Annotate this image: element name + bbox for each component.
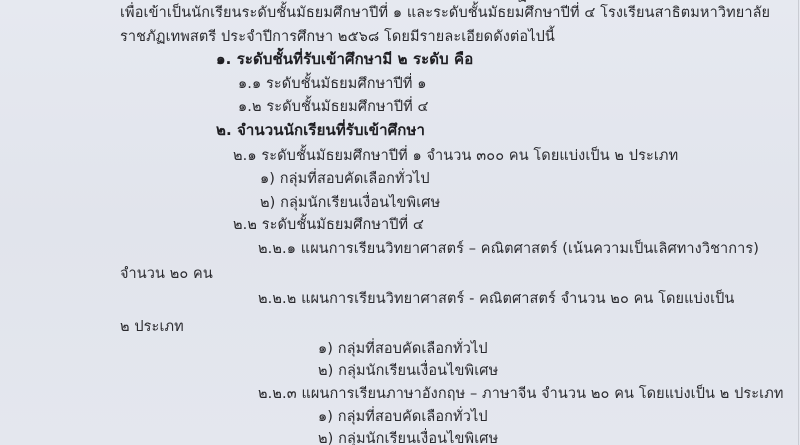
section-2-2-2: ๒.๒.๒ แผนการเรียนวิทยาศาสตร์ - คณิตศาสตร…	[258, 290, 734, 308]
section-2-1: ๒.๑ ระดับชั้นมัธยมศึกษาปีที่ ๑ จำนวน ๓๐๐…	[233, 147, 678, 165]
section-2-2-2-item-2: ๒) กลุ่มนักเรียนเงื่อนไขพิเศษ	[318, 362, 498, 380]
section-2-2-3-item-2: ๒) กลุ่มนักเรียนเงื่อนไขพิเศษ	[318, 430, 498, 445]
section-2-2: ๒.๒ ระดับชั้นมัธยมศึกษาปีที่ ๔	[233, 216, 424, 234]
intro-line-2: ราชภัฏเทพสตรี ประจำปีการศึกษา ๒๕๖๘ โดยมี…	[120, 28, 555, 46]
section-2-2-2-item-1: ๑) กลุ่มที่สอบคัดเลือกทั่วไป	[318, 340, 488, 358]
scanned-document-page: ด้วยโรงเรียนสาธิตมหาวิทยาลัยราชภัฏเทพสตร…	[0, 0, 800, 445]
section-2-2-2-continued: ๒ ประเภท	[120, 318, 184, 336]
intro-line-1: เพื่อเข้าเป็นนักเรียนระดับชั้นมัธยมศึกษา…	[120, 4, 770, 22]
section-1-heading: ๑. ระดับชั้นที่รับเข้าศึกษามี ๒ ระดับ คื…	[216, 50, 473, 68]
page-edge-line	[798, 0, 799, 445]
section-2-1-item-2: ๒) กลุ่มนักเรียนเงื่อนไขพิเศษ	[260, 194, 440, 212]
section-2-heading: ๒. จำนวนนักเรียนที่รับเข้าศึกษา	[216, 121, 425, 139]
section-2-2-1-count: จำนวน ๒๐ คน	[120, 265, 213, 283]
section-2-2-3: ๒.๒.๓ แผนการเรียนภาษาอังกฤษ – ภาษาจีน จำ…	[258, 385, 784, 403]
section-1-1: ๑.๑ ระดับชั้นมัธยมศึกษาปีที่ ๑	[238, 75, 427, 93]
section-1-2: ๑.๒ ระดับชั้นมัธยมศึกษาปีที่ ๔	[238, 98, 429, 116]
section-2-2-3-item-1: ๑) กลุ่มที่สอบคัดเลือกทั่วไป	[318, 408, 488, 426]
section-2-2-1: ๒.๒.๑ แผนการเรียนวิทยาศาสตร์ – คณิตศาสตร…	[258, 240, 759, 258]
section-2-1-item-1: ๑) กลุ่มที่สอบคัดเลือกทั่วไป	[260, 170, 430, 188]
